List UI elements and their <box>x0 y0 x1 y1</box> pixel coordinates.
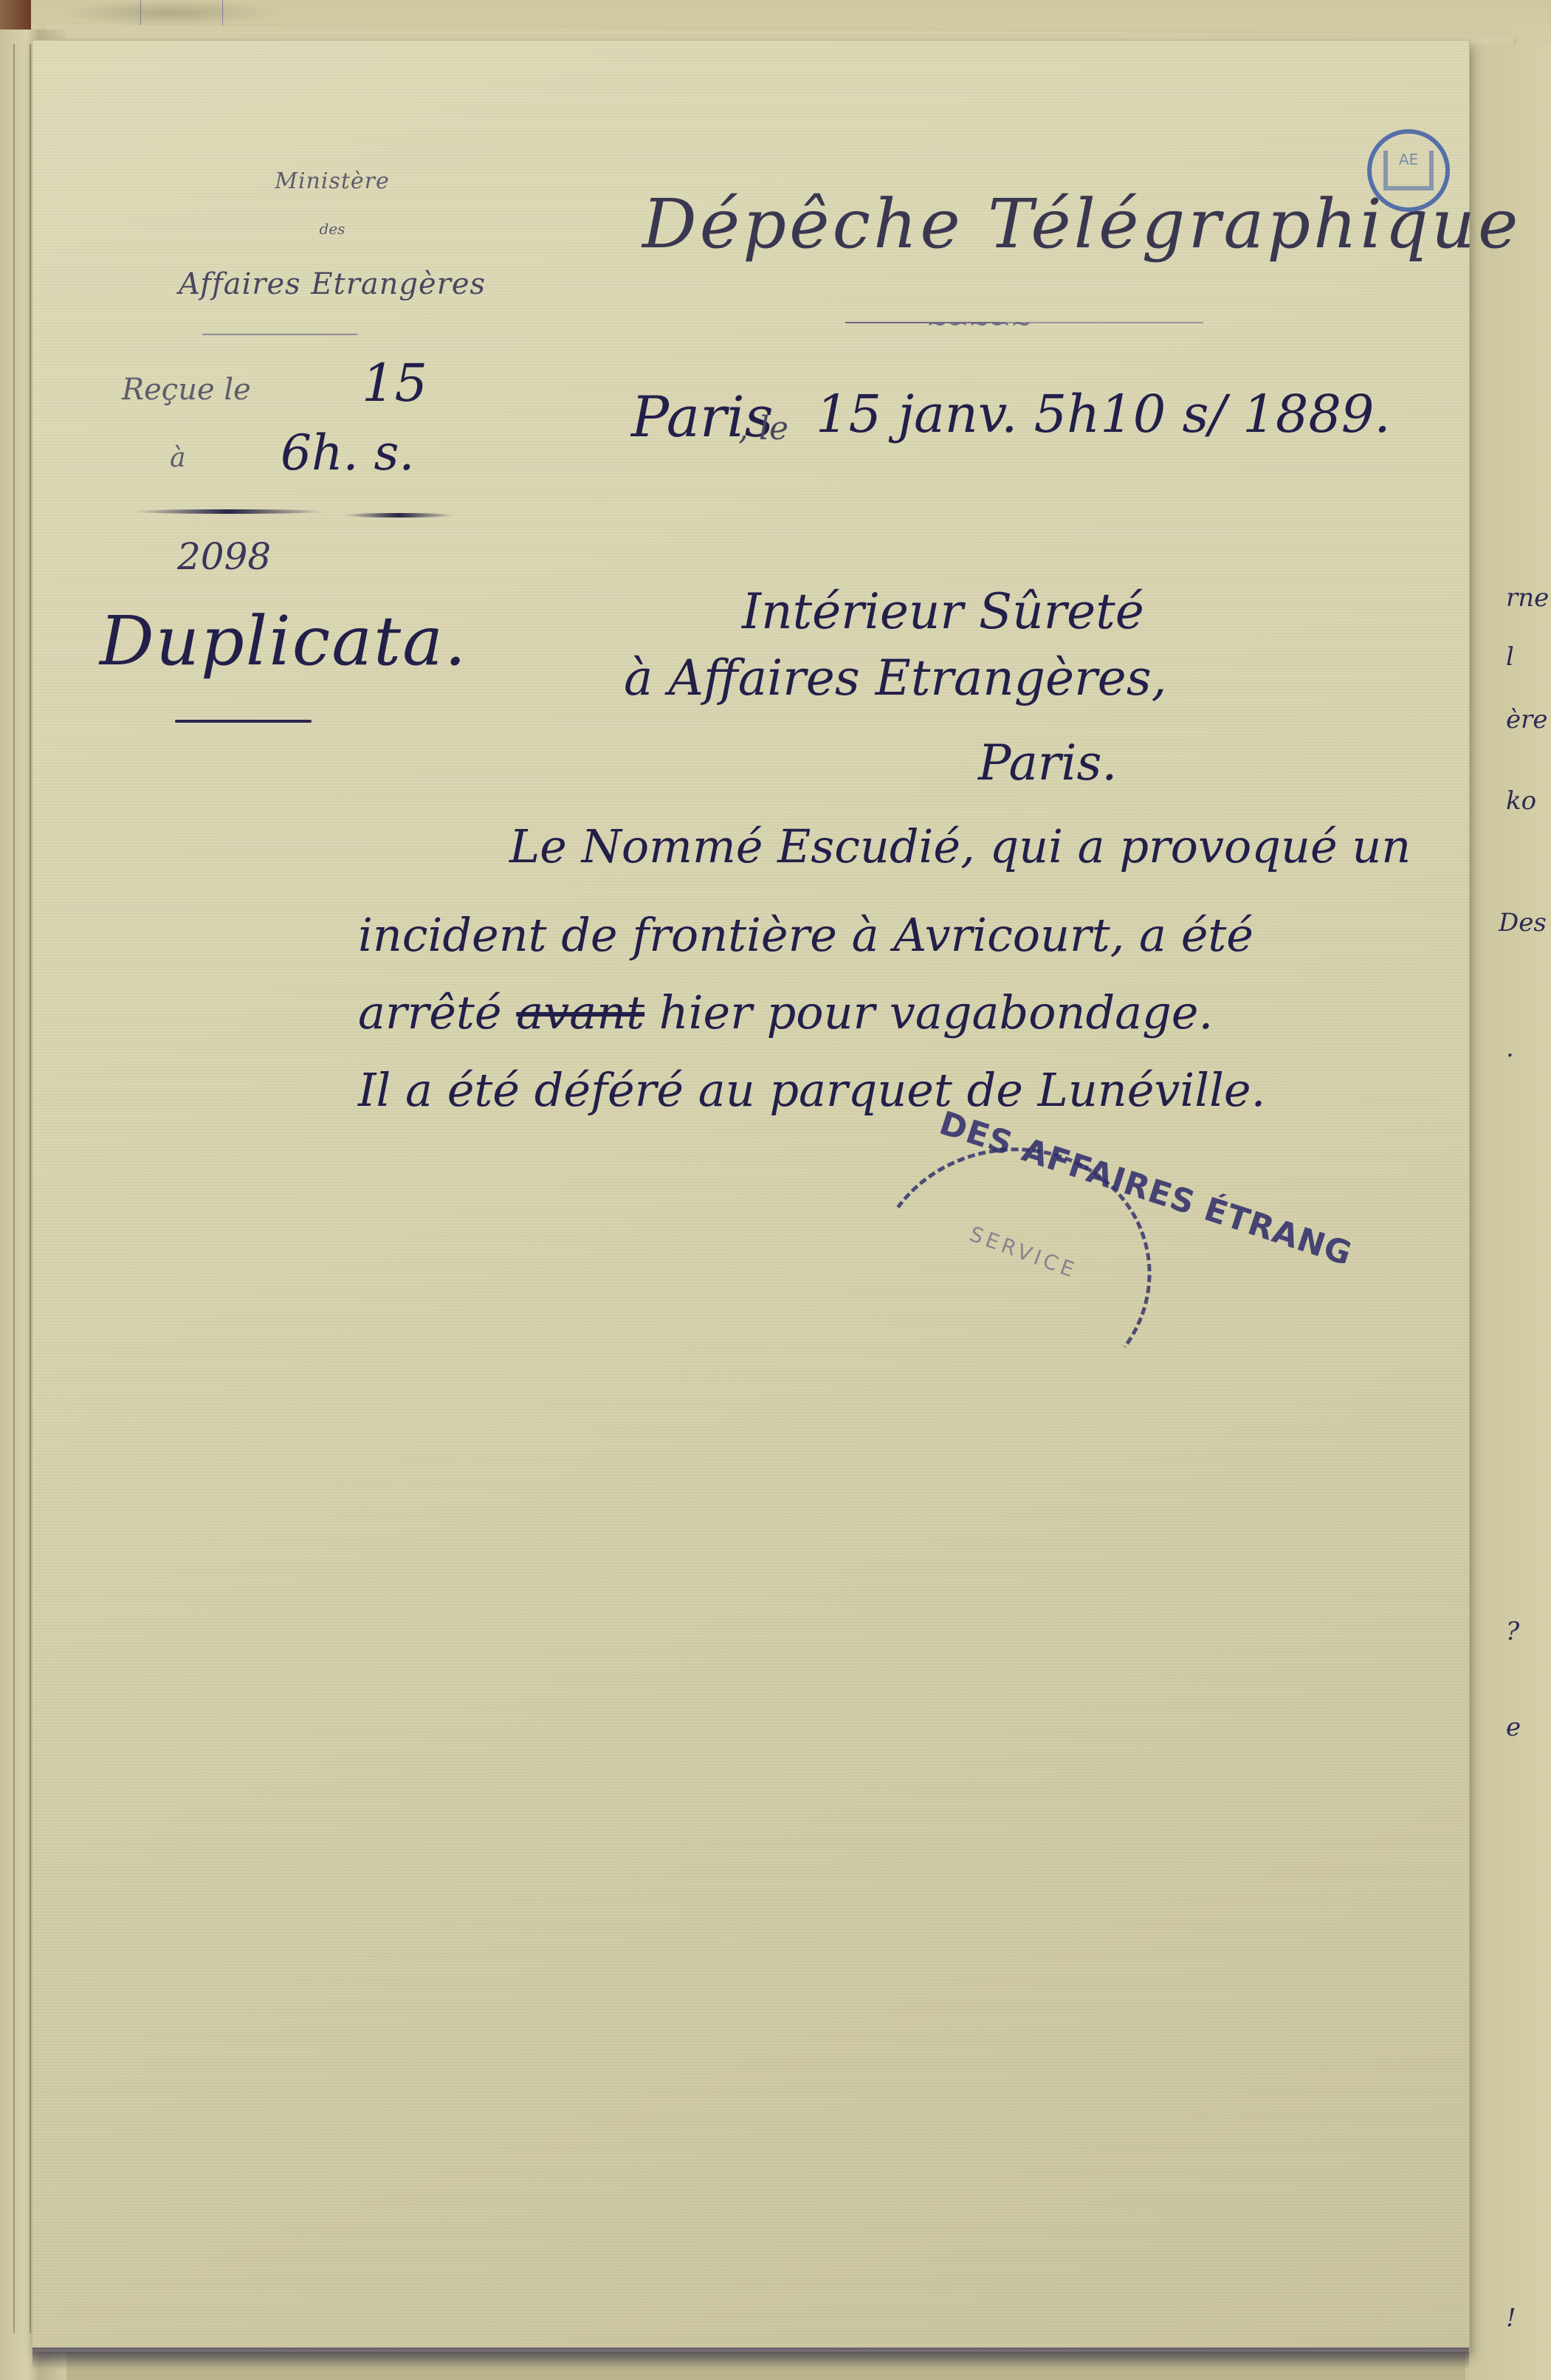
struck-word: avant <box>516 986 644 1039</box>
duplicate-underline <box>175 720 312 723</box>
adjacent-sheet-fragment: ? <box>1506 1617 1519 1646</box>
ministry-heading: Ministère <box>221 168 443 194</box>
received-time-value: 6h. s. <box>281 424 414 481</box>
sender: Intérieur Sûreté <box>742 583 1144 640</box>
right-adjacent-sheet <box>1465 44 1551 2380</box>
left-stack-edge <box>30 44 31 2333</box>
date-prefix: , le <box>738 410 788 447</box>
message-line: incident de frontière à Avricourt, a été <box>358 908 1253 962</box>
flourish-rule-left <box>133 509 325 514</box>
adjacent-sheet-fragment: l <box>1506 642 1514 672</box>
message-word: arrêté <box>358 986 502 1039</box>
ministry-heading-des: des <box>221 220 443 238</box>
duplicate-mark: Duplicata. <box>100 602 467 681</box>
title-ornament-icon: ~∽~∽~ <box>926 309 1031 338</box>
left-stack-edge <box>13 44 15 2333</box>
adjacent-sheet-fragment: ko <box>1506 786 1536 816</box>
reference-number: 2098 <box>177 535 271 578</box>
received-time-label: à <box>170 443 214 473</box>
received-date-value: 15 <box>362 353 427 413</box>
sheet-bottom-shadow <box>32 2348 1469 2370</box>
title-rule-long <box>871 322 1203 323</box>
adjacent-sheet-fragment: ère <box>1506 705 1548 735</box>
adjacent-sheet-fragment: e <box>1506 1713 1521 1742</box>
archive-stamp-icon: AE <box>1367 129 1450 212</box>
received-date-label: Reçue le <box>122 373 314 407</box>
dispatch-date: 15 janv. 5h10 s/ 1889. <box>816 384 1391 444</box>
letterhead-rule <box>202 334 357 335</box>
message-line: Le Nommé Escudié, qui a provoqué un <box>509 819 1411 873</box>
adjacent-sheet-fragment: ! <box>1506 2303 1516 2333</box>
adjacent-sheet-fragment: Des <box>1499 908 1547 938</box>
recipient-city: Paris. <box>978 735 1117 791</box>
message-line: arrêté avant hier pour vagabondage. <box>358 986 1213 1039</box>
adjacent-sheet-fragment: rne <box>1506 583 1549 613</box>
adjacent-sheet-fragment: . <box>1506 1033 1514 1063</box>
archive-stamp-symbol: AE <box>1383 151 1434 190</box>
message-line: Il a été déféré au parquet de Lunéville. <box>358 1063 1265 1117</box>
message-fragment: hier pour vagabondage. <box>644 986 1213 1039</box>
recipient: à Affaires Etrangères, <box>624 650 1167 706</box>
flourish-rule-right <box>343 513 454 517</box>
ministry-name: Affaires Etrangères <box>129 267 535 301</box>
